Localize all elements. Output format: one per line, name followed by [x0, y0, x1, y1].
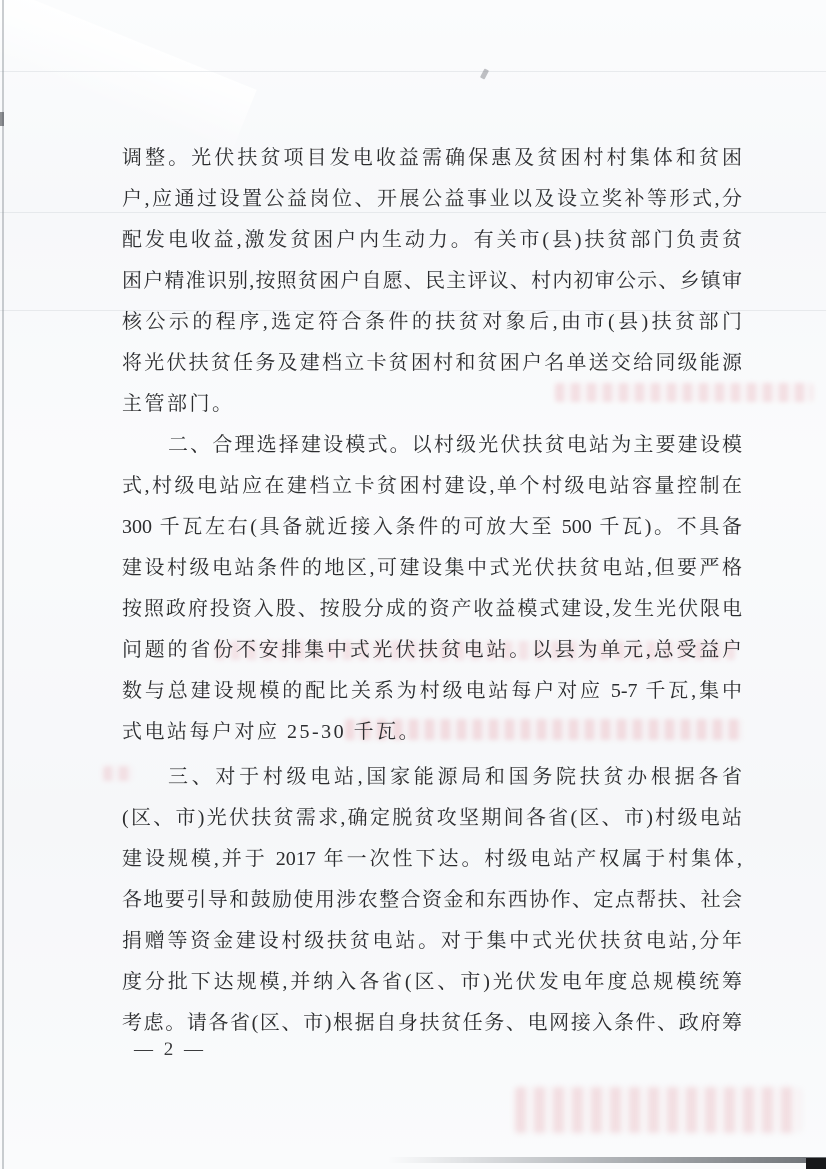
scan-bottom-corner-mark	[806, 1158, 826, 1169]
text-line: 考虑。请各省(区、市)根据自身扶贫任务、电网接入条件、政府筹	[122, 1003, 742, 1044]
text-line: 主管部门。	[122, 384, 742, 425]
text-line: 捐赠等资金建设村级扶贫电站。对于集中式光伏扶贫电站,分年	[122, 921, 742, 962]
page-number: — 2 —	[134, 1038, 206, 1062]
text-line: 困户精准识别,按照贫困户自愿、民主评议、村内初审公示、乡镇审	[122, 261, 742, 302]
paragraph: 二、合理选择建设模式。以村级光伏扶贫电站为主要建设模 式,村级电站应在建档立卡贫…	[122, 425, 742, 753]
text-line: 调整。光伏扶贫项目发电收益需确保惠及贫困村村集体和贫困	[122, 138, 742, 179]
text-line: 将光伏扶贫任务及建档立卡贫困村和贫困户名单送交给同级能源	[122, 343, 742, 384]
text-line: 按照政府投资入股、按股分成的资产收益模式建设,发生光伏限电	[122, 589, 742, 630]
text-line: 户,应通过设置公益岗位、开展公益事业以及设立奖补等形式,分	[122, 179, 742, 220]
text-line: 建设规模,并于 2017 年一次性下达。村级电站产权属于村集体,	[122, 839, 742, 880]
document-page: 调整。光伏扶贫项目发电收益需确保惠及贫困村村集体和贫困 户,应通过设置公益岗位、…	[0, 0, 826, 1169]
document-text-block: 调整。光伏扶贫项目发电收益需确保惠及贫困村村集体和贫困 户,应通过设置公益岗位、…	[122, 138, 742, 1044]
text-line: 度分批下达规模,并纳入各省(区、市)光伏发电年度总规模统筹	[122, 962, 742, 1003]
text-line: 建设村级电站条件的地区,可建设集中式光伏扶贫电站,但要严格	[122, 548, 742, 589]
text-line: (区、市)光伏扶贫需求,确定脱贫攻坚期间各省(区、市)村级电站	[122, 798, 742, 839]
text-line: 式,村级电站应在建档立卡贫困村建设,单个村级电站容量控制在	[122, 466, 742, 507]
scan-left-edge-notch	[0, 112, 4, 126]
ink-bleed-through	[515, 1087, 801, 1133]
scan-band-line	[0, 71, 826, 72]
scan-left-edge-line	[2, 0, 4, 1169]
text-line: 核公示的程序,选定符合条件的扶贫对象后,由市(县)扶贫部门	[122, 302, 742, 343]
scan-bottom-shadow	[388, 1157, 826, 1163]
text-line: 三、对于村级电站,国家能源局和国务院扶贫办根据各省	[122, 757, 742, 798]
scan-light-streak	[0, 0, 257, 155]
text-line: 问题的省份不安排集中式光伏扶贫电站。以县为单元,总受益户	[122, 630, 742, 671]
text-line: 数与总建设规模的配比关系为村级电站每户对应 5-7 千瓦,集中	[122, 671, 742, 712]
text-line: 各地要引导和鼓励使用涉农整合资金和东西协作、定点帮扶、社会	[122, 880, 742, 921]
text-line: 300 千瓦左右(具备就近接入条件的可放大至 500 千瓦)。不具备	[122, 507, 742, 548]
text-line: 式电站每户对应 25-30 千瓦。	[122, 712, 742, 753]
paragraph: 三、对于村级电站,国家能源局和国务院扶贫办根据各省 (区、市)光伏扶贫需求,确定…	[122, 757, 742, 1044]
text-line: 二、合理选择建设模式。以村级光伏扶贫电站为主要建设模	[122, 425, 742, 466]
paragraph: 调整。光伏扶贫项目发电收益需确保惠及贫困村村集体和贫困 户,应通过设置公益岗位、…	[122, 138, 742, 425]
text-line: 配发电收益,激发贫困户内生动力。有关市(县)扶贫部门负责贫	[122, 220, 742, 261]
